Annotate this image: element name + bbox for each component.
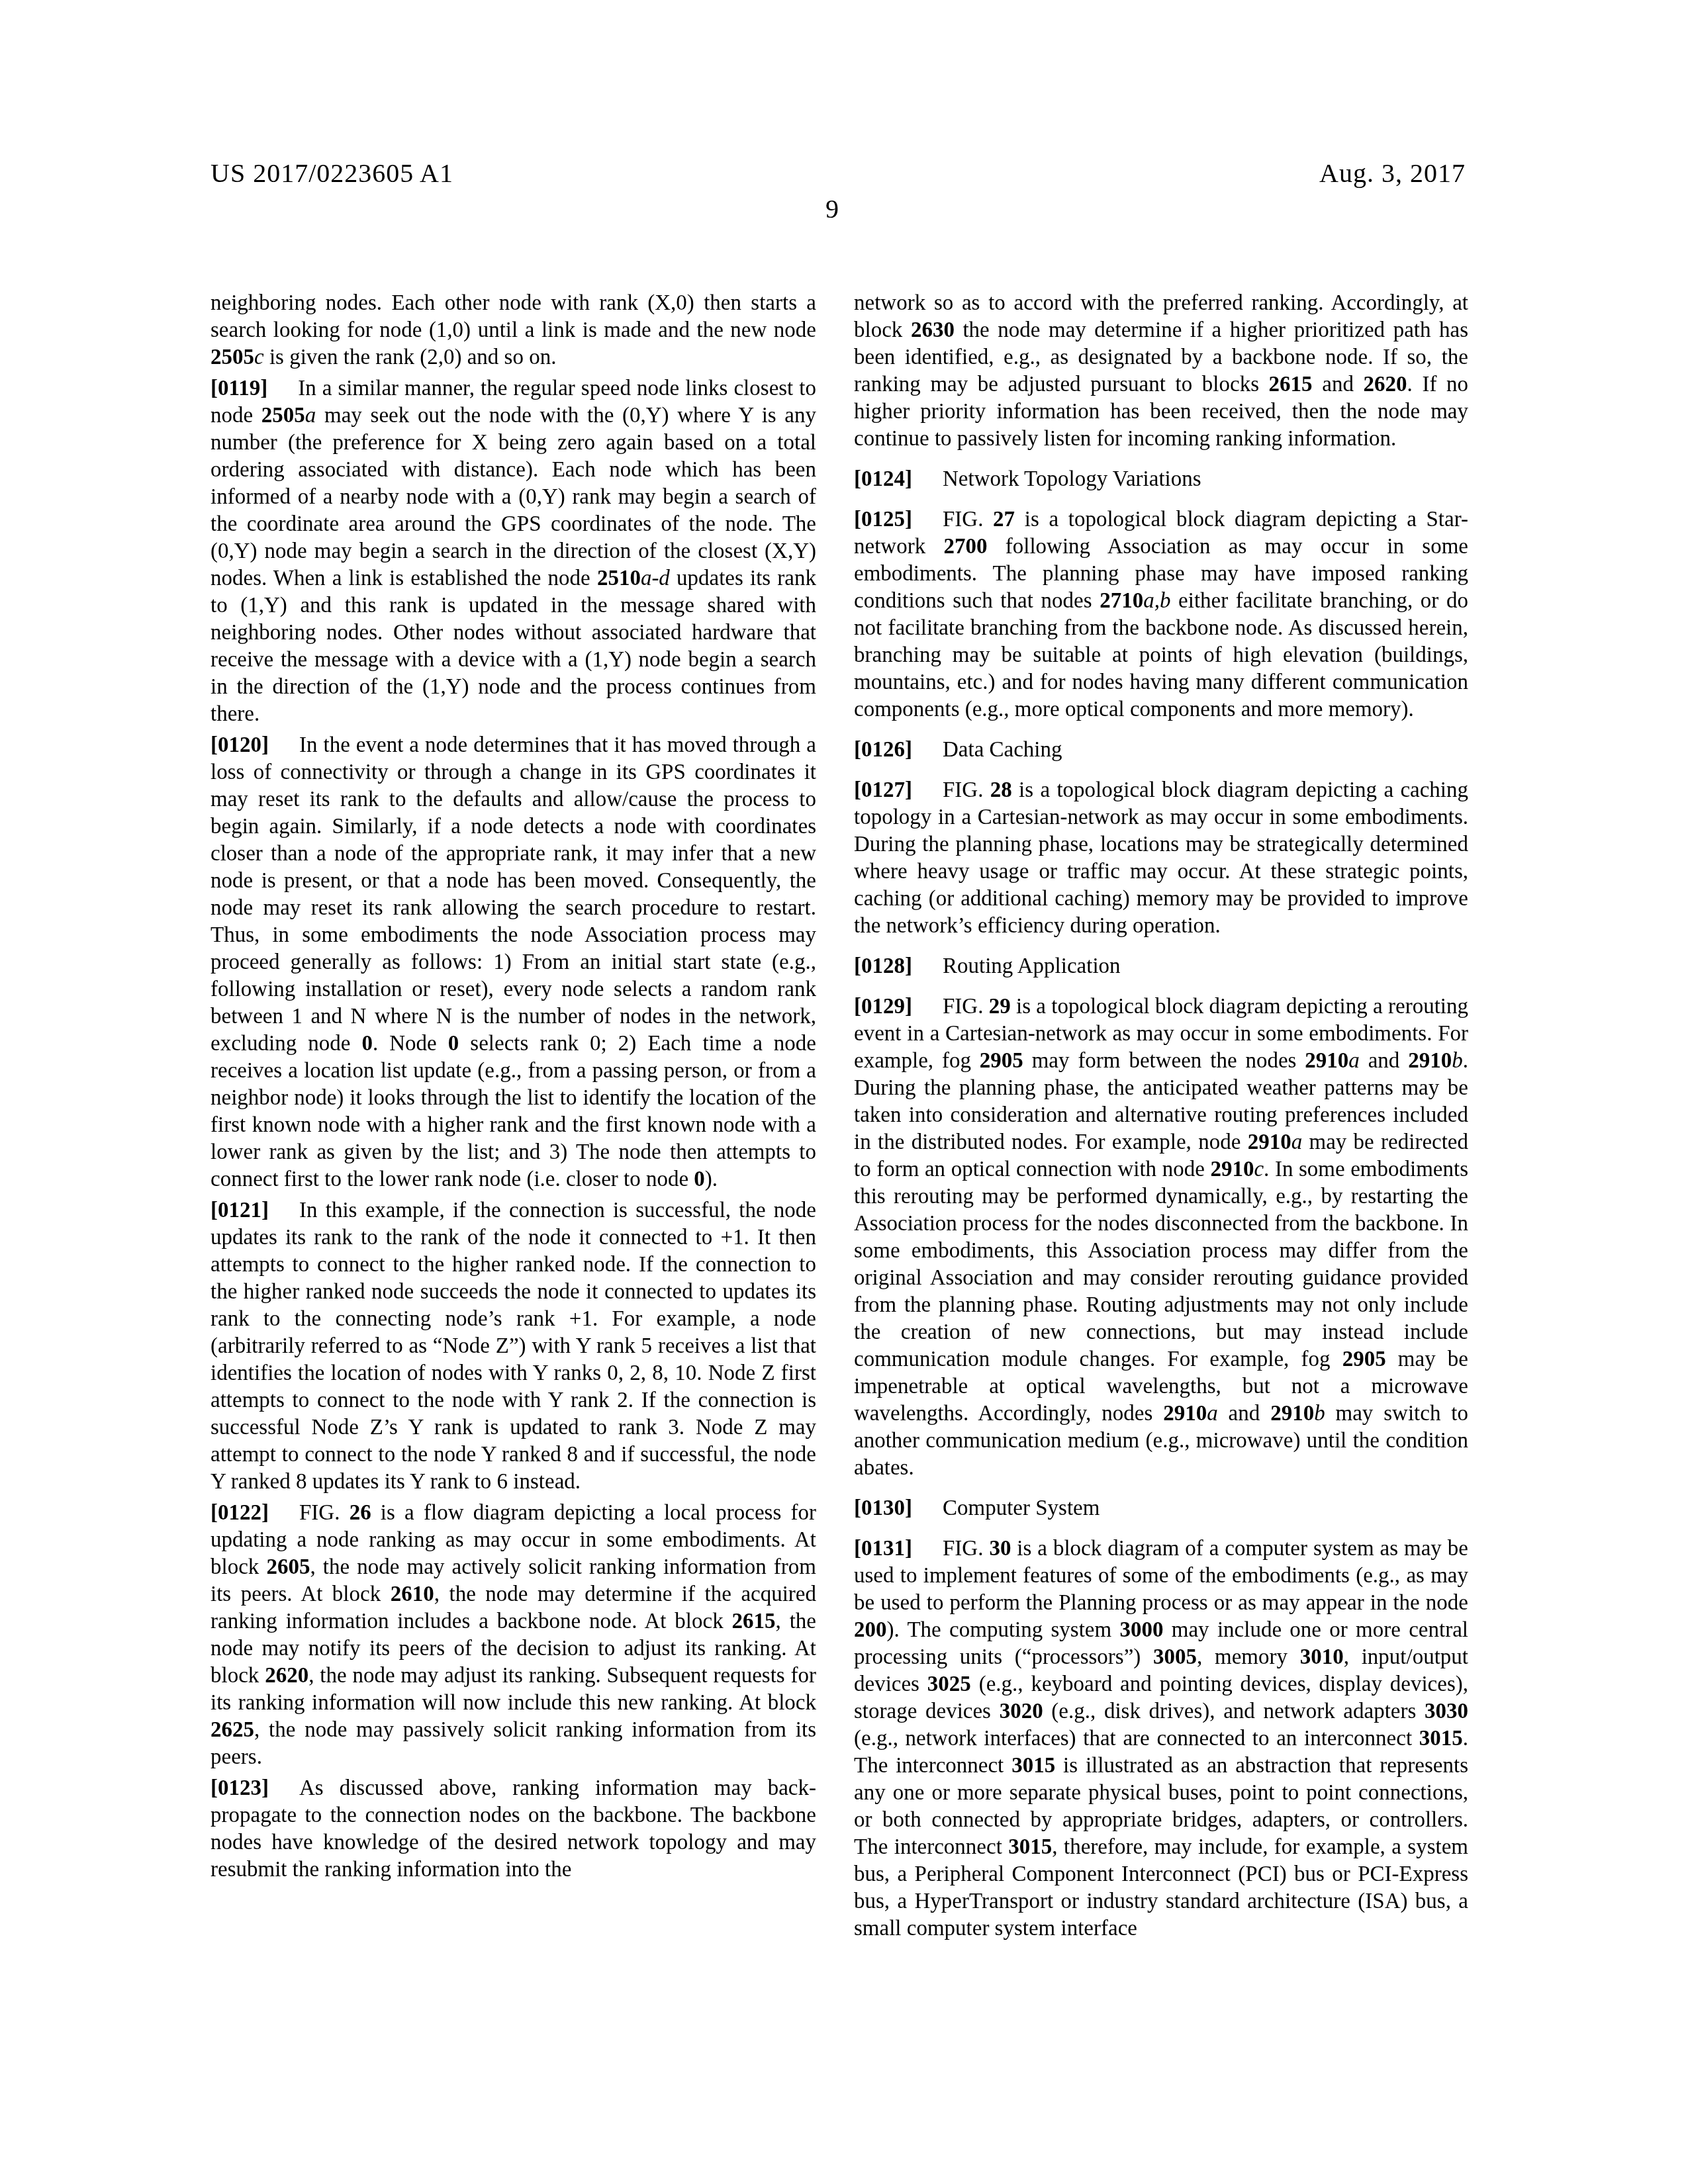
text-segment: a,b — [1143, 589, 1170, 613]
text-segment: 2505 — [211, 345, 254, 369]
text-segment: 3000 — [1120, 1618, 1164, 1642]
text-segment: 2710 — [1100, 589, 1143, 613]
paragraph-tag: [0122] — [211, 1501, 269, 1525]
text-segment: 2905 — [980, 1049, 1023, 1073]
two-column-text-body: neighboring nodes. Each other node with … — [211, 290, 1468, 1942]
text-segment: selects rank 0; 2) Each time a node rece… — [211, 1032, 816, 1191]
left-column: neighboring nodes. Each other node with … — [211, 290, 816, 1942]
paragraph-tag: [0124] — [854, 467, 912, 491]
paragraph-0120: [0120]In the event a node determines tha… — [211, 732, 816, 1193]
text-segment: c — [1254, 1158, 1264, 1181]
text-segment: and — [1313, 373, 1364, 396]
text-segment: 28 — [990, 778, 1012, 802]
text-segment: 2610 — [391, 1582, 434, 1606]
paragraph-tag: [0131] — [854, 1537, 912, 1561]
text-segment: 2910 — [1270, 1402, 1314, 1426]
paragraph-tag: [0125] — [854, 508, 912, 531]
text-segment: 0 — [361, 1032, 373, 1056]
text-segment: a-d — [641, 567, 670, 590]
paragraph-tag: [0127] — [854, 778, 912, 802]
text-segment: a — [1207, 1402, 1218, 1426]
text-segment: and — [1218, 1402, 1270, 1426]
paragraph-tag: [0126] — [854, 738, 912, 762]
text-segment: 0 — [448, 1032, 459, 1056]
paragraph-continuation-left: neighboring nodes. Each other node with … — [211, 290, 816, 371]
text-segment: and — [1360, 1049, 1408, 1073]
text-segment: Routing Application — [943, 954, 1121, 978]
text-segment: 2910 — [1408, 1049, 1452, 1073]
text-segment: may form between the nodes — [1023, 1049, 1305, 1073]
text-segment: 2625 — [211, 1718, 254, 1742]
text-segment: In this example, if the connection is su… — [211, 1199, 816, 1494]
paragraph-tag: [0129] — [854, 995, 912, 1019]
text-segment: is a topological block diagram depicting… — [854, 778, 1468, 938]
text-segment: . Node — [373, 1032, 448, 1056]
text-segment: b — [1314, 1402, 1325, 1426]
patent-page: US 2017/0223605 A1 Aug. 3, 2017 9 neighb… — [0, 0, 1688, 2184]
right-column: network so as to accord with the preferr… — [854, 290, 1468, 1942]
text-segment: a — [305, 404, 316, 428]
paragraph-0129: [0129]FIG. 29 is a topological block dia… — [854, 993, 1468, 1482]
text-segment: FIG. — [943, 778, 990, 802]
paragraph-tag: [0119] — [211, 377, 267, 400]
paragraph-tag: [0130] — [854, 1496, 912, 1520]
text-segment: ). — [705, 1167, 718, 1191]
text-segment: Data Caching — [943, 738, 1062, 762]
heading-0130-computer-system: [0130]Computer System — [854, 1495, 1468, 1522]
text-segment: b — [1452, 1049, 1463, 1073]
paragraph-0127: [0127]FIG. 28 is a topological block dia… — [854, 777, 1468, 940]
text-segment: 3015 — [1011, 1754, 1055, 1778]
text-segment: FIG. — [943, 508, 993, 531]
text-segment: 2910 — [1248, 1130, 1291, 1154]
text-segment: 3030 — [1425, 1700, 1468, 1723]
text-segment: 2630 — [911, 318, 955, 342]
text-segment: 0 — [694, 1167, 705, 1191]
text-segment: (e.g., disk drives), and network adapter… — [1043, 1700, 1425, 1723]
text-segment: c — [254, 345, 264, 369]
text-segment: a — [1348, 1049, 1360, 1073]
page-number: 9 — [0, 193, 1664, 224]
text-segment: neighboring nodes. Each other node with … — [211, 291, 816, 342]
text-segment: , the node may passively solicit ranking… — [211, 1718, 816, 1769]
text-segment: , memory — [1197, 1645, 1300, 1669]
text-segment: Network Topology Variations — [943, 467, 1201, 491]
text-segment: 2510 — [597, 567, 641, 590]
text-segment: 27 — [993, 508, 1015, 531]
text-segment: FIG. — [299, 1501, 350, 1525]
heading-0124-network-topology-variations: [0124]Network Topology Variations — [854, 466, 1468, 493]
text-segment: FIG. — [943, 995, 989, 1019]
text-segment: In the event a node determines that it h… — [211, 733, 816, 1056]
paragraph-0122: [0122]FIG. 26 is a flow diagram depictin… — [211, 1500, 816, 1771]
text-segment: 2910 — [1210, 1158, 1254, 1181]
paragraph-0119: [0119]In a similar manner, the regular s… — [211, 375, 816, 728]
text-segment: 2620 — [1364, 373, 1407, 396]
text-segment: 2615 — [732, 1610, 776, 1633]
heading-0126-data-caching: [0126]Data Caching — [854, 737, 1468, 764]
text-segment: 29 — [989, 995, 1011, 1019]
text-segment: 3010 — [1300, 1645, 1344, 1669]
publication-date: Aug. 3, 2017 — [1319, 158, 1466, 189]
text-segment: (e.g., network interfaces) that are conn… — [854, 1727, 1419, 1751]
text-segment: 200 — [854, 1618, 887, 1642]
text-segment: FIG. — [943, 1537, 989, 1561]
paragraph-tag: [0120] — [211, 733, 269, 757]
patent-publication-number: US 2017/0223605 A1 — [211, 158, 453, 189]
text-segment: . In some embodiments this rerouting may… — [854, 1158, 1468, 1371]
text-segment: 2615 — [1269, 373, 1313, 396]
text-segment: is given the rank (2,0) and so on. — [264, 345, 557, 369]
text-segment: 2910 — [1305, 1049, 1348, 1073]
text-segment: a — [1291, 1130, 1303, 1154]
text-segment: 2905 — [1342, 1347, 1386, 1371]
text-segment: 2910 — [1163, 1402, 1207, 1426]
paragraph-0123: [0123]As discussed above, ranking inform… — [211, 1775, 816, 1884]
paragraph-0125: [0125]FIG. 27 is a topological block dia… — [854, 506, 1468, 723]
paragraph-tag: [0128] — [854, 954, 912, 978]
text-segment: 30 — [989, 1537, 1011, 1561]
text-segment: ). The computing system — [887, 1618, 1120, 1642]
paragraph-continuation-right: network so as to accord with the preferr… — [854, 290, 1468, 453]
paragraph-0121: [0121]In this example, if the connection… — [211, 1197, 816, 1496]
text-segment: 3015 — [1008, 1835, 1052, 1859]
text-segment: 3015 — [1419, 1727, 1463, 1751]
text-segment: As discussed above, ranking information … — [211, 1776, 816, 1882]
paragraph-0131: [0131]FIG. 30 is a block diagram of a co… — [854, 1535, 1468, 1942]
text-segment: 2505 — [261, 404, 305, 428]
text-segment: 3005 — [1153, 1645, 1197, 1669]
heading-0128-routing-application: [0128]Routing Application — [854, 953, 1468, 980]
text-segment: updates its rank to (1,Y) and this rank … — [211, 567, 816, 726]
paragraph-tag: [0121] — [211, 1199, 269, 1222]
text-segment: 3025 — [927, 1672, 971, 1696]
text-segment: 2605 — [266, 1555, 310, 1579]
text-segment: 26 — [350, 1501, 371, 1525]
text-segment: Computer System — [943, 1496, 1100, 1520]
paragraph-tag: [0123] — [211, 1776, 269, 1800]
text-segment: 2700 — [943, 535, 987, 559]
text-segment: 3020 — [1000, 1700, 1043, 1723]
text-segment: 2620 — [265, 1664, 308, 1688]
text-segment: may seek out the node with the (0,Y) whe… — [211, 404, 816, 590]
